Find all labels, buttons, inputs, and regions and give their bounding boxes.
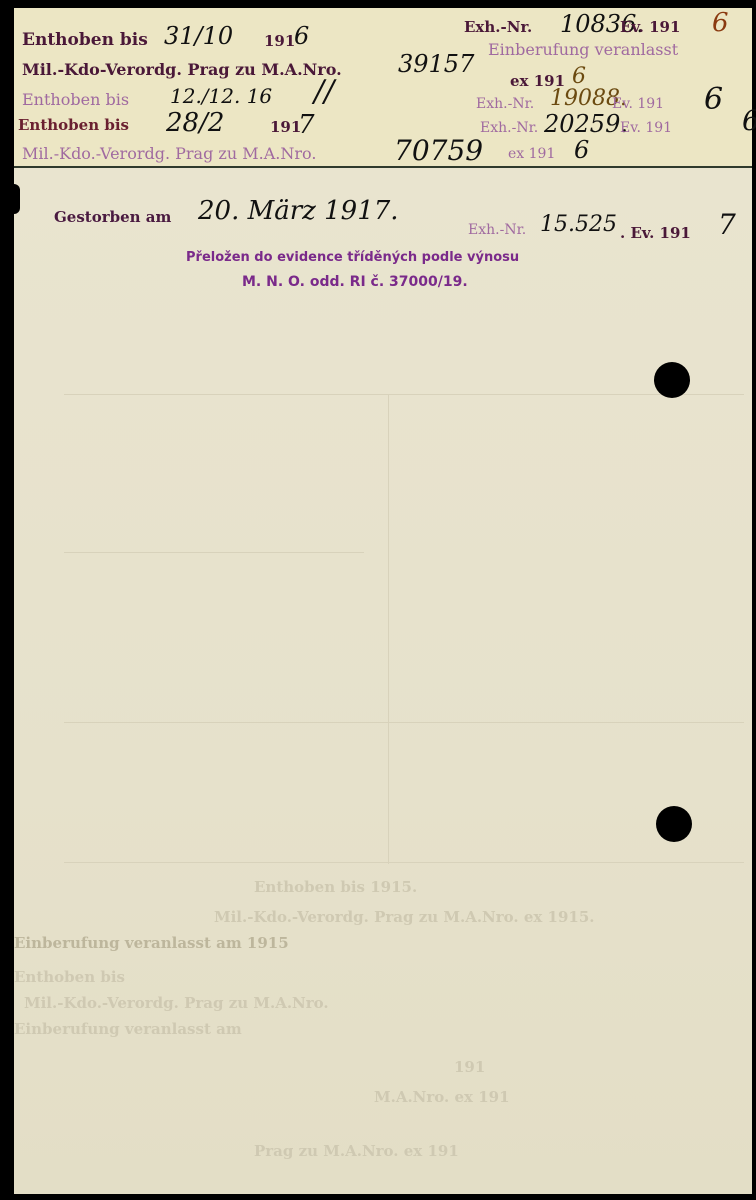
card-body: Gestorben am 20. März 1917. Exh.-Nr. 15.… xyxy=(14,168,752,1194)
exh-label-3: Exh.-Nr. xyxy=(480,120,538,136)
milkdo-number-1: 39157 xyxy=(398,50,474,78)
ev-year-hand-1: 6 xyxy=(712,8,729,38)
enthoben-date-3: 28/2 xyxy=(166,108,224,138)
death-date: 20. März 1917. xyxy=(198,196,399,226)
top-strip: Enthoben bis 31/10 191 6 Exh.-Nr. 10836.… xyxy=(14,8,752,168)
milkdo-number-2: 70759 xyxy=(394,134,483,167)
exh-number-3: 20259. xyxy=(544,110,628,138)
form-line xyxy=(64,394,744,395)
bleed-line-1: Enthoben bis 1915. xyxy=(254,878,417,896)
ev-year-hand-2: 6 xyxy=(704,82,723,117)
enthoben-date-2: 12./12. 16 xyxy=(170,84,272,108)
card-edge-tear xyxy=(10,184,20,214)
czech-stamp-line2: M. N. O. odd. RI č. 37000/19. xyxy=(242,274,468,290)
bleed-line-3: Einberufung veranlasst am 1915 xyxy=(14,934,289,952)
bleed-line-6: Einberufung veranlasst am xyxy=(14,1020,242,1038)
milkdo-label-1: Mil.-Kdo-Verordg. Prag zu M.A.Nro. xyxy=(22,60,342,79)
ev-label-3: Ev. 191 xyxy=(620,120,672,136)
enthoben-label-1: Enthoben bis xyxy=(22,30,148,50)
death-ev-year-hand: 7 xyxy=(718,208,736,241)
enthoben-label-2: Enthoben bis xyxy=(22,90,129,109)
bleed-line-7: 191 xyxy=(454,1058,485,1076)
bleed-line-8: M.A.Nro. ex 191 xyxy=(374,1088,510,1106)
death-exh-label: Exh.-Nr. xyxy=(468,222,526,238)
ev-label-1: Ev. 191 xyxy=(620,18,680,36)
einberufung-label-top: Einberufung veranlasst xyxy=(488,40,678,59)
czech-stamp-line1: Přeložen do evidence tříděných podle výn… xyxy=(186,250,519,265)
bleed-line-9: Prag zu M.A.Nro. ex 191 xyxy=(254,1142,459,1160)
enthoben-date-1: 31/10 xyxy=(164,22,233,50)
check-marks: // xyxy=(314,74,334,109)
enthoben-label-3: Enthoben bis xyxy=(18,116,129,134)
ex-year-hand-2: 6 xyxy=(574,136,589,164)
exh-label-1: Exh.-Nr. xyxy=(464,18,532,36)
punch-hole-bottom xyxy=(656,806,692,842)
gestorben-label: Gestorben am xyxy=(54,208,171,226)
form-line xyxy=(64,862,744,863)
enthoben-year-3: 191 xyxy=(270,118,301,136)
death-ev-label: . Ev. 191 xyxy=(620,224,691,242)
record-card: Enthoben bis 31/10 191 6 Exh.-Nr. 10836.… xyxy=(14,8,752,1194)
enthoben-year-hand-3: 7 xyxy=(298,110,315,140)
form-line xyxy=(64,552,364,553)
form-line xyxy=(64,722,744,723)
bleed-line-5: Mil.-Kdo.-Verordg. Prag zu M.A.Nro. xyxy=(24,994,329,1012)
death-exh-number-hand: 15.525 xyxy=(540,212,617,237)
milkdo-label-2: Mil.-Kdo.-Verordg. Prag zu M.A.Nro. xyxy=(22,144,316,163)
enthoben-year-1: 191 xyxy=(264,32,295,50)
bleed-line-2: Mil.-Kdo.-Verordg. Prag zu M.A.Nro. ex 1… xyxy=(214,908,595,926)
ex-label-2: ex 191 xyxy=(508,146,555,162)
form-divider xyxy=(388,394,389,864)
exh-label-2: Exh.-Nr. xyxy=(476,96,534,112)
punch-hole-top xyxy=(654,362,690,398)
enthoben-year-hand-1: 6 xyxy=(294,22,309,50)
ev-year-hand-3: 6 xyxy=(742,104,756,137)
bleed-line-4: Enthoben bis xyxy=(14,968,125,986)
